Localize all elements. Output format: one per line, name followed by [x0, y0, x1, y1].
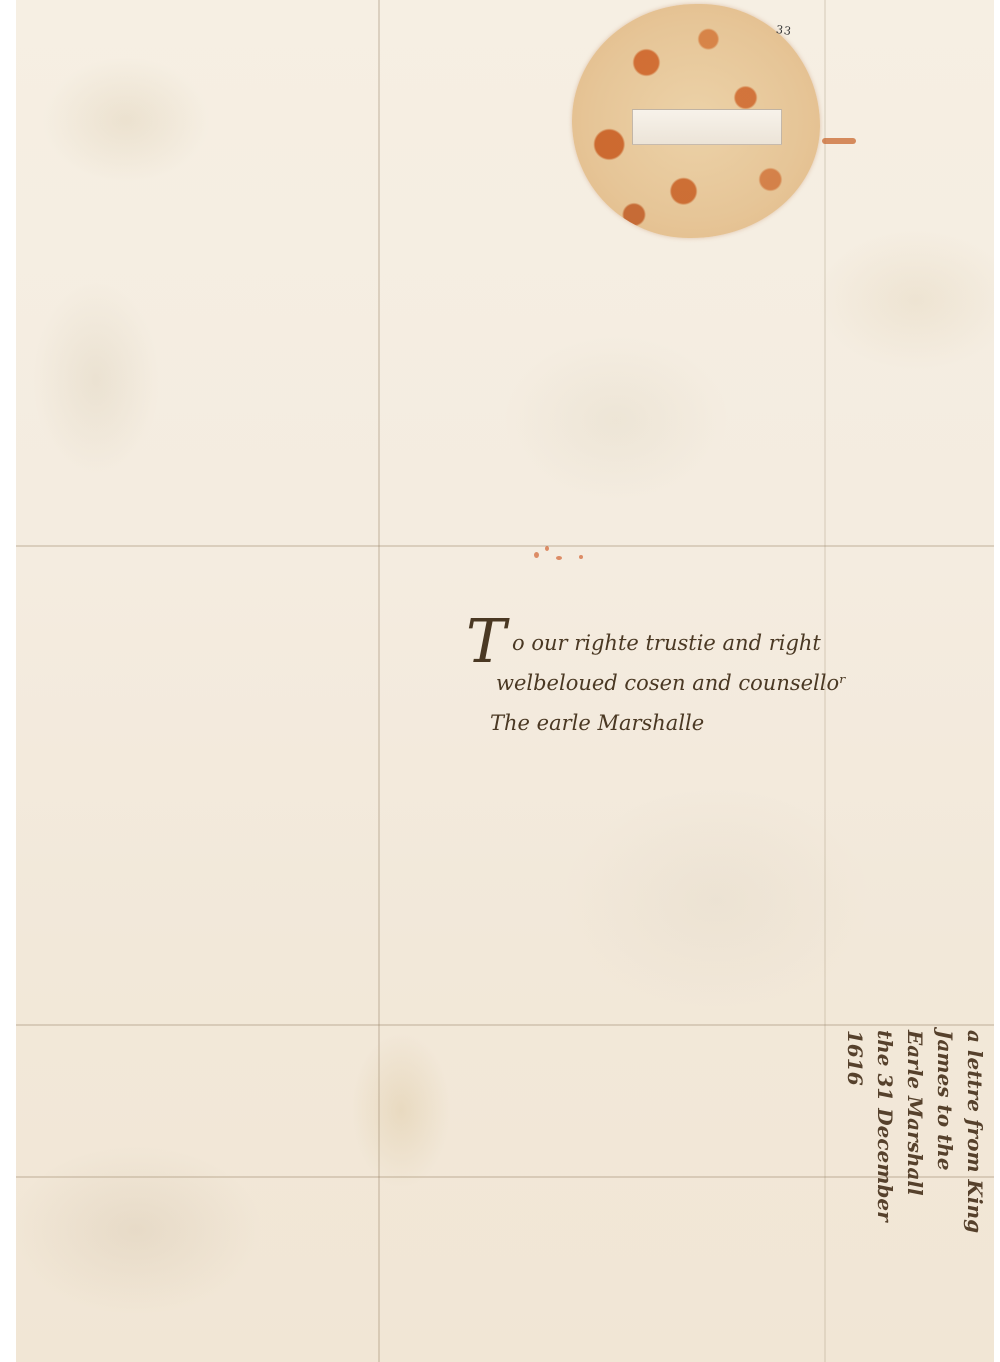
wax-speck [545, 546, 549, 551]
docket-line: a lettre from King [960, 1030, 990, 1356]
docket-line: Earle Marshall [900, 1030, 930, 1356]
docket-text: a lettre from King James to the Earle Ma… [840, 1030, 990, 1356]
docket-line: James to the [930, 1030, 960, 1356]
seal-wax-drip [822, 138, 856, 144]
wax-speck [556, 556, 562, 560]
wax-speck [534, 552, 539, 558]
fold-line-horizontal [16, 1024, 994, 1026]
address-line-1-text: o our righte trustie and right [512, 631, 821, 655]
fold-line-vertical [378, 0, 380, 1362]
docket-endorsement: a lettre from King James to the Earle Ma… [830, 1030, 985, 1356]
docket-line: 1616 [840, 1030, 870, 1356]
address-line-1: To our righte trustie and right [458, 622, 918, 663]
address-line-3: The earle Marshalle [458, 703, 918, 743]
seal-paper-tab [632, 109, 782, 145]
fold-line-horizontal [16, 545, 994, 547]
address-line-2: welbeloued cosen and counselloʳ [458, 663, 918, 703]
shelfmark-number: 33 [775, 23, 793, 38]
docket-line: the 31 December [870, 1030, 900, 1356]
wax-seal [572, 4, 820, 238]
wax-speck [579, 555, 583, 559]
address-panel: To our righte trustie and right welbelou… [458, 622, 918, 743]
